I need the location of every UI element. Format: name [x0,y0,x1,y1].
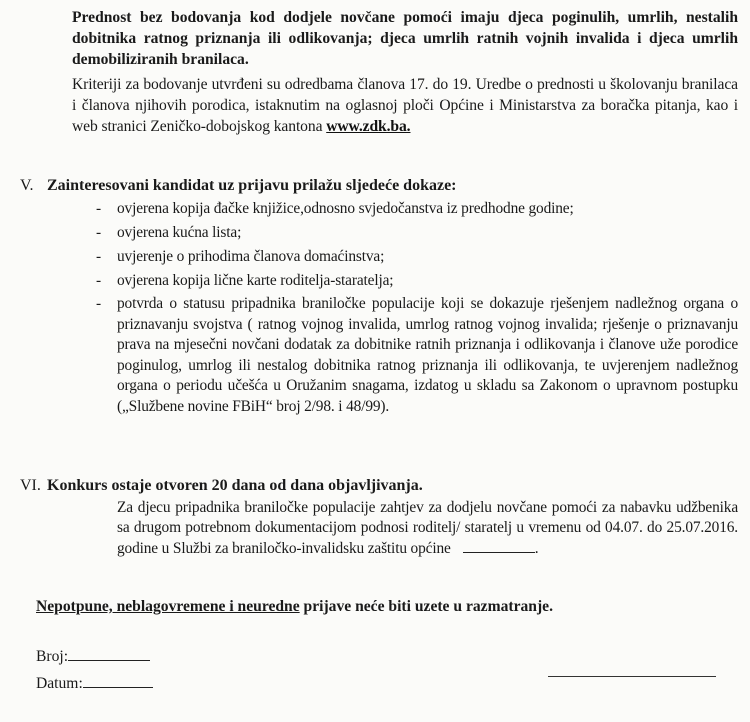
broj-field: Broj: [36,645,150,666]
section-vi-heading: VI.Konkurs ostaje otvoren 20 dana od dan… [20,476,423,496]
section-vi-body: Za djecu pripadnika braniločke populacij… [117,498,738,559]
list-item: -uvjerenje o prihodima članova domaćinst… [94,246,738,267]
section-v-heading: V.Zainteresovani kandidat uz prijavu pri… [20,176,457,196]
priority-paragraph: Prednost bez bodovanja kod dodjele novča… [72,7,738,70]
datum-field: Datum: [36,672,153,693]
list-item-text: uvjerenje o prihodima članova domaćinstv… [117,248,384,265]
bullet-dash-icon: - [96,222,101,243]
bullet-dash-icon: - [96,294,101,315]
bullet-dash-icon: - [96,198,101,219]
list-item-text: ovjerena kućna lista; [117,224,241,241]
notice-rest: prijave neće biti uzete u razmatranje. [300,598,553,615]
broj-label: Broj: [36,648,68,665]
list-item: -potvrda o statusu pripadnika braniločke… [94,294,738,417]
municipality-blank-field [463,538,535,553]
list-item-text: potvrda o statusu pripadnika braniločke … [117,295,738,415]
section-vi-text: Za djecu pripadnika braniločke populacij… [117,499,738,557]
incomplete-applications-notice: Nepotpune, neblagovremene i neuredne pri… [36,598,553,616]
section-number: VI. [20,476,47,496]
datum-label: Datum: [36,675,83,692]
list-item-text: ovjerena kopija lične karte roditelja-st… [117,272,393,289]
list-item: -ovjerena kućna lista; [94,222,738,243]
list-item: -ovjerena kopija đačke knjižice,odnosno … [94,198,738,219]
period: . [535,540,539,557]
criteria-paragraph: Kriteriji za bodovanje utvrđeni su odred… [72,74,738,137]
list-item: -ovjerena kopija lične karte roditelja-s… [94,270,738,291]
signature-line [548,676,716,677]
section-title: Konkurs ostaje otvoren 20 dana od dana o… [47,477,423,494]
document-page: Prednost bez bodovanja kod dodjele novča… [0,0,750,722]
section-title: Zainteresovani kandidat uz prijavu prila… [47,177,457,194]
broj-blank-line [68,645,150,661]
datum-blank-line [83,672,153,688]
bullet-dash-icon: - [96,246,101,267]
section-number: V. [20,176,47,196]
required-documents-list: -ovjerena kopija đačke knjižice,odnosno … [94,198,738,420]
list-item-text: ovjerena kopija đačke knjižice,odnosno s… [117,200,574,217]
notice-underlined: Nepotpune, neblagovremene i neuredne [36,598,300,615]
website-link[interactable]: www.zdk.ba. [326,118,410,135]
bullet-dash-icon: - [96,270,101,291]
